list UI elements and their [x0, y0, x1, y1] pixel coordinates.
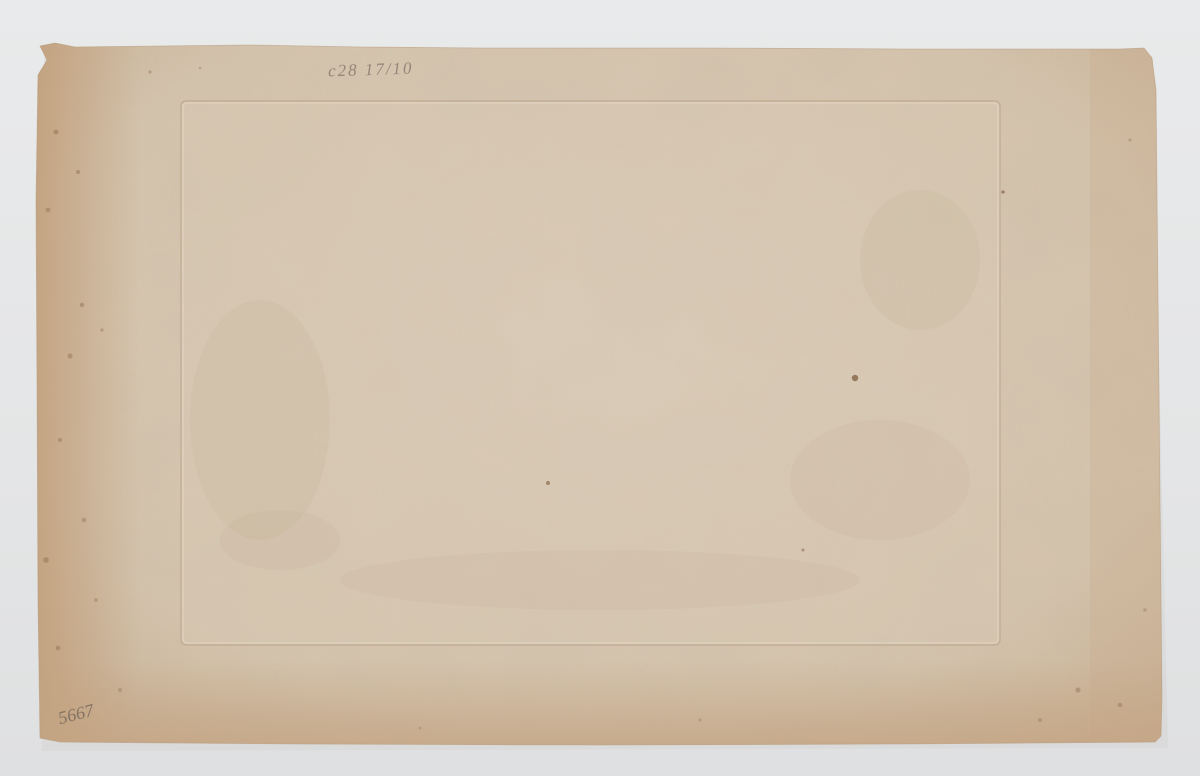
paper-sheet — [0, 0, 1200, 776]
pencil-annotation-top: c28 17/10 — [328, 59, 414, 82]
photo-scene: c28 17/10 5667 — [0, 0, 1200, 776]
plate-mark — [181, 101, 1000, 645]
